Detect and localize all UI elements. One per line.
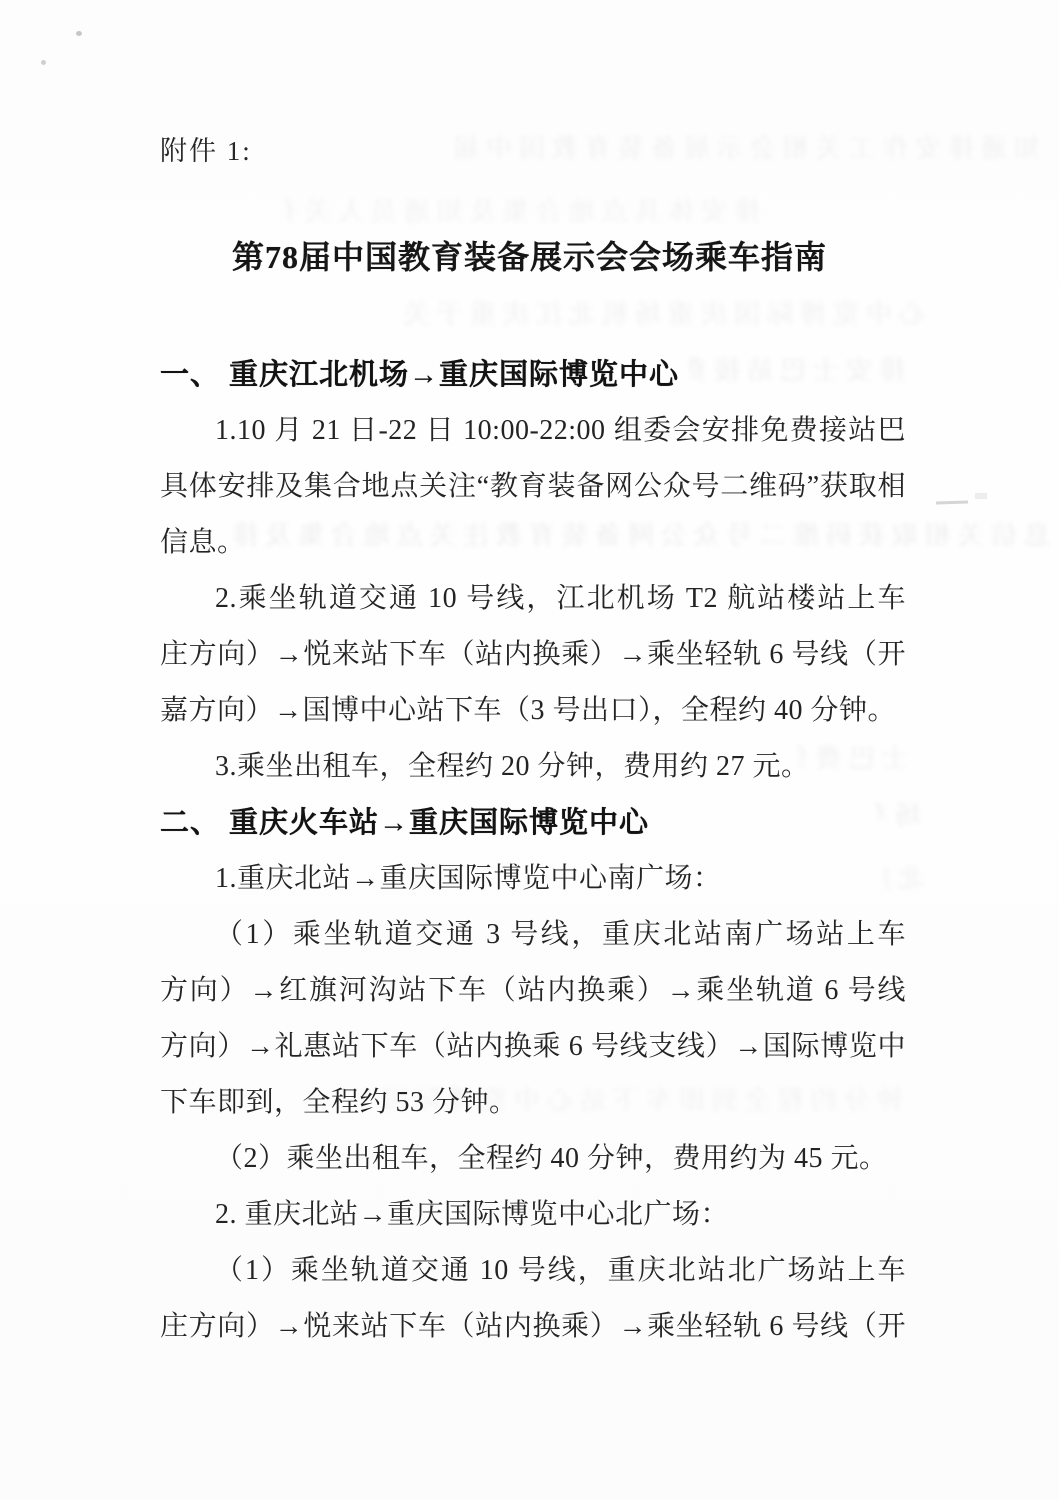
doc-line: 3.乘坐出租车，全程约 20 分钟，费用约 27 元。 (160, 739, 906, 795)
scan-speck (41, 60, 46, 65)
bleedthrough-artifact: 排安体具点地合集及知通员人关有 (285, 197, 760, 229)
doc-line: 下车即到，全程约 53 分钟。 (160, 1075, 906, 1131)
bleedthrough-artifact: 知通排安作工关相会示展备装育教国中届 (250, 134, 1040, 166)
doc-line: （2）乘坐出租车，全程约 40 分钟，费用约为 45 元。 (160, 1131, 906, 1187)
doc-line: （1）乘坐轨道交通 10 号线，重庆北站北广场站上车（王家 (160, 1243, 906, 1299)
scan-stray-line (936, 500, 968, 504)
doc-line: 信息。 (160, 515, 906, 571)
scan-stray-line (975, 493, 987, 499)
bleedthrough-artifact: 心中览博际国庆重场机北江庆重于关 (380, 300, 925, 332)
doc-line: 2.乘坐轨道交通 10 号线，江北机场 T2 航站楼站上车（王家 (160, 571, 906, 627)
attachment-label: 附件 1: (160, 138, 252, 165)
doc-line: 方向）→礼惠站下车（站内换乘 6 号线支线）→国际博览中心站 (160, 1019, 906, 1075)
doc-line: 嘉方向）→国博中心站下车（3 号出口），全程约 40 分钟。 (160, 683, 906, 739)
doc-line: 庄方向）→悦来站下车（站内换乘）→乘坐轻轨 6 号线（开往礼 (160, 1299, 906, 1355)
doc-line: 1.10 月 21 日-22 日 10:00-22:00 组委会安排免费接站巴士… (160, 403, 906, 459)
doc-line: 2. 重庆北站→重庆国际博览中心北广场： (160, 1187, 906, 1243)
document-lines: 一、 重庆江北机场→重庆国际博览中心1.10 月 21 日-22 日 10:00… (160, 347, 906, 1355)
scan-speck (76, 31, 82, 36)
section-heading: 一、 重庆江北机场→重庆国际博览中心 (160, 347, 906, 403)
doc-line: 具体安排及集合地点关注“教育装备网公众号二维码”获取相关 (160, 459, 906, 515)
doc-line: 方向）→红旗河沟站下车（站内换乘）→乘坐轨道 6 号线（北碚 (160, 963, 906, 1019)
doc-line: 1.重庆北站→重庆国际博览中心南广场： (160, 851, 906, 907)
section-heading: 二、 重庆火车站→重庆国际博览中心 (160, 795, 906, 851)
document-title: 第78届中国教育装备展示会会场乘车指南 (0, 241, 1059, 273)
doc-line: （1）乘坐轨道交通 3 号线，重庆北站南广场站上车（鱼洞 (160, 907, 906, 963)
doc-line: 庄方向）→悦来站下车（站内换乘）→乘坐轻轨 6 号线（开往礼 (160, 627, 906, 683)
scanned-document-page: 知通排安作工关相会示展备装育教国中届 排安体具点地合集及知通员人关有 心中览博际… (0, 0, 1059, 1500)
